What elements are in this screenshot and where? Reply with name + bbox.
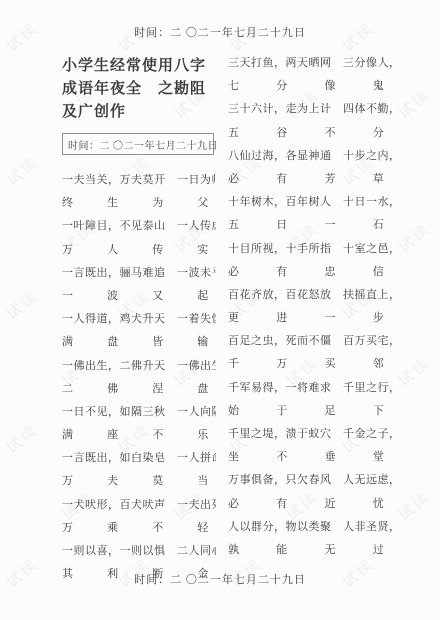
text-line: 万人传实: [62, 239, 216, 262]
spread-char: 于: [276, 400, 287, 423]
spread-char: 皆: [152, 331, 163, 354]
text-line: 一夫当关，万夫莫开 一日为师，: [62, 169, 216, 192]
text-line: 一犬吠形，百犬吠声 一夫出死，: [62, 494, 216, 517]
spread-char: 盘: [107, 331, 118, 354]
spread-char: 下: [373, 400, 384, 423]
text-line: 千里之堤，溃于蚁穴 千金之子，: [228, 423, 392, 446]
spread-char: 日: [276, 214, 287, 237]
boxed-timestamp-text: 时间：二 〇二一年七月二十九日: [68, 141, 218, 152]
spread-char: 一: [325, 214, 336, 237]
spread-char: 满: [62, 424, 73, 447]
spread-char: 不: [325, 122, 336, 145]
spread-char: 不: [152, 424, 163, 447]
spread-char: 人: [107, 239, 118, 262]
spread-char: 孰: [228, 539, 239, 562]
text-line: 一言既出，如白染皂 一人拼命，: [62, 447, 216, 470]
text-line: 一波又起: [62, 285, 216, 308]
text-line: 一佛出生，二佛升天 一佛出生，: [62, 355, 216, 378]
spread-char: 足: [325, 400, 336, 423]
spread-char: 五: [228, 214, 239, 237]
spread-char: 夫: [107, 470, 118, 493]
text-line: 满盘皆输: [62, 331, 216, 354]
text-line: 一日不见，如隔三秋 一人向隅，: [62, 401, 216, 424]
spread-char: 万: [62, 470, 73, 493]
trial-read-watermark: 试读: [393, 486, 434, 525]
trial-read-watermark: 试读: [1, 285, 42, 324]
spread-char: 盘: [197, 378, 208, 401]
spread-char: 座: [107, 424, 118, 447]
spread-char: 过: [373, 539, 384, 562]
spread-char: 进: [276, 307, 287, 330]
spread-char: 分: [276, 75, 287, 98]
spread-char: 五: [228, 122, 239, 145]
text-line: 孰能无过: [228, 539, 392, 562]
spread-char: 当: [197, 470, 208, 493]
text-line: 万乘不轻: [62, 517, 216, 540]
text-line: 坐不垂堂: [228, 446, 392, 469]
spread-char: 莫: [152, 470, 163, 493]
trial-read-watermark: 试读: [393, 218, 434, 257]
spread-char: 必: [228, 261, 239, 284]
document-page: 试读试读试读试读试读试读试读试读试读试读试读试读试读试读试读试读试读试读试读试读…: [0, 0, 440, 620]
text-line: 一则以喜，一则以惧 二人同心，: [62, 540, 216, 563]
spread-char: 涅: [152, 378, 163, 401]
spread-char: 终: [62, 192, 73, 215]
text-line: 千军易得，一将难求 千里之行，: [228, 377, 392, 400]
spread-char: 有: [276, 168, 287, 191]
text-line: 三天打鱼，两天晒网 三分像人，: [228, 52, 392, 75]
spread-char: 坐: [228, 446, 239, 469]
spread-char: 父: [197, 192, 208, 215]
text-line: 八仙过海，各显神通 十步之内，: [228, 145, 392, 168]
spread-char: 传: [152, 239, 163, 262]
spread-char: 佛: [107, 378, 118, 401]
spread-char: 为: [152, 192, 163, 215]
spread-char: 波: [107, 285, 118, 308]
text-line: 更进一步: [228, 307, 392, 330]
right-column: 三天打鱼，两天晒网 三分像人，七分像鬼三十六计，走为上计 四体不勤，五谷不分八仙…: [228, 52, 392, 562]
spread-char: 更: [228, 307, 239, 330]
spread-char: 起: [197, 285, 208, 308]
spread-char: 一: [62, 285, 73, 308]
text-line: 终生为父: [62, 192, 216, 215]
spread-char: 生: [107, 192, 118, 215]
text-line: 一言既出，骊马难追 一波未平，: [62, 262, 216, 285]
spread-char: 实: [197, 239, 208, 262]
spread-char: 石: [373, 214, 384, 237]
text-line: 满座不乐: [62, 424, 216, 447]
spread-char: 有: [276, 493, 287, 516]
text-line: 三十六计，走为上计 四体不勤，: [228, 98, 392, 121]
text-line: 十年树木，百年树人 十日一水，: [228, 191, 392, 214]
spread-char: 二: [62, 378, 73, 401]
spread-char: 有: [276, 261, 287, 284]
spread-char: 芳: [325, 168, 336, 191]
trial-read-watermark: 试读: [1, 419, 42, 458]
text-line: 必有芳草: [228, 168, 392, 191]
spread-char: 谷: [276, 122, 287, 145]
trial-read-watermark: 试读: [393, 84, 434, 123]
text-line: 必有近忧: [228, 493, 392, 516]
text-line: 必有忠信: [228, 261, 392, 284]
spread-char: 忧: [373, 493, 384, 516]
spread-char: 一: [325, 307, 336, 330]
spread-char: 买: [325, 353, 336, 376]
spread-char: 万: [62, 239, 73, 262]
right-column-lines: 三天打鱼，两天晒网 三分像人，七分像鬼三十六计，走为上计 四体不勤，五谷不分八仙…: [228, 52, 392, 562]
text-line: 二佛涅盘: [62, 378, 216, 401]
spread-char: 垂: [325, 446, 336, 469]
header-timestamp: 时间：二 〇二一年七月二十九日: [0, 24, 440, 40]
spread-char: 鬼: [373, 75, 384, 98]
spread-char: 分: [373, 122, 384, 145]
left-column: 小学生经常使用八字成语年夜全 之勘阻及广创作 时间：二 〇二一年七月二十九日 一…: [62, 52, 216, 586]
spread-char: 千: [228, 353, 239, 376]
spread-char: 满: [62, 331, 73, 354]
spread-char: 不: [152, 517, 163, 540]
text-line: 万事俱备，只欠春风 人无远虑，: [228, 469, 392, 492]
text-line: 百足之虫，死而不僵 百万买宅，: [228, 330, 392, 353]
text-line: 十目所视，十手所指 十室之邑，: [228, 238, 392, 261]
spread-char: 万: [276, 353, 287, 376]
trial-read-watermark: 试读: [393, 352, 434, 391]
text-line: 一人得道，鸡犬升天 一着失慎，: [62, 308, 216, 331]
text-line: 千万买邻: [228, 353, 392, 376]
spread-char: 无: [325, 539, 336, 562]
spread-char: 又: [152, 285, 163, 308]
spread-char: 能: [276, 539, 287, 562]
document-title: 小学生经常使用八字成语年夜全 之勘阻及广创作: [62, 55, 214, 124]
spread-char: 万: [62, 517, 73, 540]
spread-char: 草: [373, 168, 384, 191]
text-line: 五日一石: [228, 214, 392, 237]
spread-char: 堂: [373, 446, 384, 469]
spread-char: 必: [228, 168, 239, 191]
text-line: 万夫莫当: [62, 470, 216, 493]
footer-timestamp: 时间：二 〇二一年七月二十九日: [0, 571, 440, 587]
spread-char: 必: [228, 493, 239, 516]
spread-char: 不: [276, 446, 287, 469]
spread-char: 始: [228, 400, 239, 423]
text-line: 人以群分，物以类聚 人非圣贤，: [228, 516, 392, 539]
spread-char: 乘: [107, 517, 118, 540]
spread-char: 七: [228, 75, 239, 98]
spread-char: 忠: [325, 261, 336, 284]
spread-char: 像: [325, 75, 336, 98]
spread-char: 信: [373, 261, 384, 284]
text-line: 七分像鬼: [228, 75, 392, 98]
text-line: 一叶障目，不见泰山 一人传虚，: [62, 215, 216, 238]
spread-char: 近: [325, 493, 336, 516]
text-line: 始于足下: [228, 400, 392, 423]
trial-read-watermark: 试读: [1, 151, 42, 190]
boxed-timestamp: 时间：二 〇二一年七月二十九日: [62, 133, 214, 155]
spread-char: 步: [373, 307, 384, 330]
left-column-lines: 一夫当关，万夫莫开 一日为师，终生为父一叶障目，不见泰山 一人传虚，万人传实一言…: [62, 169, 216, 586]
text-line: 五谷不分: [228, 122, 392, 145]
spread-char: 乐: [197, 424, 208, 447]
text-line: 百花齐放，百花怒放 扶摇直上，: [228, 284, 392, 307]
spread-char: 邻: [373, 353, 384, 376]
spread-char: 轻: [197, 517, 208, 540]
spread-char: 输: [197, 331, 208, 354]
